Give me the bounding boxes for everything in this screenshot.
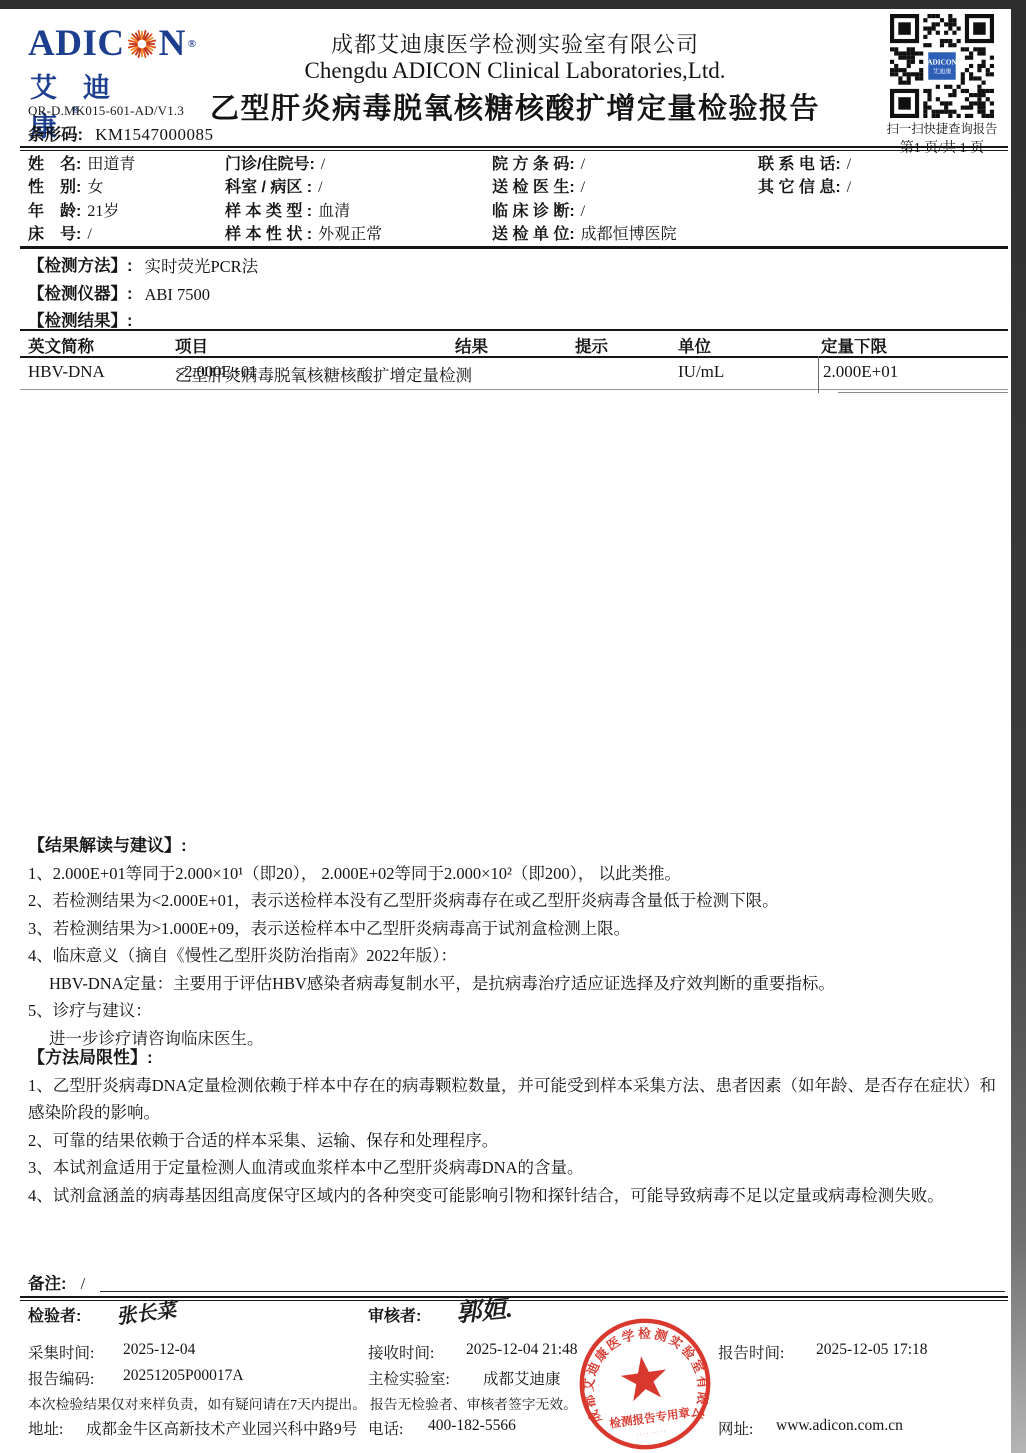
cell-unit: IU/mL — [678, 362, 724, 382]
divider-double-top — [20, 146, 1008, 151]
address-value: 成都金牛区高新技术产业园兴科中路9号 — [86, 1417, 357, 1439]
divider-table-top — [20, 329, 1008, 331]
field-bed: 床 号:/ — [28, 223, 224, 246]
limitations-line: 3、本试剂盒适用于定量检测人血清或血浆样本中乙型肝炎病毒DNA的含量。 — [28, 1154, 1006, 1182]
scan-top-edge — [0, 0, 1026, 9]
patient-col-1: 姓 名:田道青 性 别:女 年 龄:21岁 床 号:/ — [28, 153, 224, 246]
limitations-title: 【方法局限性】: — [28, 1044, 1006, 1072]
main-lab-label: 主检实验室: — [368, 1367, 450, 1389]
interpretation-line: 4、临床意义（摘自《慢性乙型肝炎防治指南》2022年版）： — [28, 942, 996, 970]
field-sample-type: 样 本 类 型 :血清 — [225, 200, 491, 223]
report-code-value: 20251205P00017A — [123, 1367, 244, 1385]
col-header-limit: 定量下限 — [821, 333, 887, 357]
col-header-result: 结果 — [455, 333, 488, 357]
interpretation-line: HBV-DNA定量：主要用于评估HBV感染者病毒复制水平，是抗病毒治疗适应证选择… — [28, 970, 996, 998]
field-label: 临 床 诊 断: — [492, 200, 575, 223]
divider-table-header — [20, 356, 1008, 358]
logo-text-left: ADIC — [28, 26, 125, 62]
disclaimer-right: 报告无检验者、审核者签字无效。 — [370, 1393, 577, 1413]
barcode-label: 条形码: — [28, 126, 83, 144]
field-name: 姓 名:田道青 — [28, 153, 224, 176]
receive-time-label: 接收时间: — [368, 1341, 434, 1363]
lab-report-page: ADIC N ® 艾迪康 ® QR-D.MK015-601-AD/V1.3 成都… — [0, 0, 1026, 1453]
col-header-item: 项目 — [175, 333, 208, 357]
cell-result: <2.000E+01 — [175, 362, 257, 382]
field-label: 样 本 类 型 : — [225, 200, 312, 223]
phone-label: 电话: — [368, 1417, 403, 1439]
report-code-label: 报告编码: — [28, 1367, 94, 1389]
field-label: 送 检 单 位: — [492, 223, 575, 246]
interpretation-line: 3、若检测结果为>1.000E+09，表示送检样本中乙型肝炎病毒高于试剂盒检测上… — [28, 915, 996, 943]
field-value: 血清 — [318, 200, 350, 223]
result-section-label: 【检测结果】: — [28, 308, 133, 336]
field-label: 门诊/住院号: — [225, 153, 315, 176]
field-value: / — [581, 153, 585, 176]
limitations-line: 2、可靠的结果依赖于合适的样本采集、运输、保存和处理程序。 — [28, 1127, 1006, 1155]
qr-code: ADICON 艾迪康 — [890, 14, 994, 118]
receive-time-value: 2025-12-04 21:48 — [466, 1341, 578, 1359]
field-label: 姓 名: — [28, 153, 81, 176]
field-label: 院 方 条 码: — [492, 153, 575, 176]
field-clinical-diagnosis: 临 床 诊 断:/ — [492, 200, 758, 223]
field-value: / — [318, 176, 322, 199]
field-contact-phone: 联 系 电 话:/ — [758, 153, 998, 176]
interpretation-line: 2、若检测结果为<2.000E+01，表示送检样本没有乙型肝炎病毒存在或乙型肝炎… — [28, 887, 996, 915]
scan-right-edge — [1011, 0, 1026, 1453]
field-label: 年 龄: — [28, 200, 81, 223]
method-section: 【检测方法】:实时荧光PCR法 【检测仪器】:ABI 7500 【检测结果】: — [28, 253, 258, 336]
reviewer-signature: 郭姮. — [455, 1289, 514, 1330]
limit-cell-underline — [838, 392, 1008, 393]
field-value: 女 — [87, 176, 103, 199]
examiner-label: 检验者: — [28, 1303, 81, 1326]
seal-serial-text: ········· — [636, 1429, 668, 1439]
main-lab-value: 成都艾迪康 — [483, 1367, 561, 1389]
qr-logo-cn-text: 艾迪康 — [933, 67, 952, 75]
result-section-row: 【检测结果】: — [28, 308, 258, 336]
limitations-line: 1、乙型肝炎病毒DNA定量检测依赖于样本中存在的病毒颗粒数量，并可能受到样本采集… — [28, 1072, 1006, 1127]
field-label: 联 系 电 话: — [758, 153, 841, 176]
phone-value: 400-182-5566 — [428, 1417, 516, 1435]
instrument-value: ABI 7500 — [145, 281, 211, 309]
remark-underline — [100, 1291, 1005, 1292]
field-label: 送 检 医 生: — [492, 176, 575, 199]
field-value: / — [847, 176, 851, 199]
field-other-info: 其 它 信 息:/ — [758, 176, 998, 199]
examiner-signature: 张长菜 — [114, 1293, 177, 1329]
instrument-label: 【检测仪器】: — [28, 281, 133, 309]
collect-time-value: 2025-12-04 — [123, 1341, 195, 1359]
field-label: 样 本 性 状 : — [225, 223, 312, 246]
qr-caption: 扫一扫快捷查询报告 — [886, 119, 998, 137]
field-submitting-doctor: 送 检 医 生:/ — [492, 176, 758, 199]
field-submitting-unit: 送 检 单 位:成都恒博医院 — [492, 223, 758, 246]
qr-logo-text: ADICON — [927, 58, 957, 66]
report-time-value: 2025-12-05 17:18 — [816, 1341, 928, 1359]
field-department: 科室 / 病区 :/ — [225, 176, 491, 199]
field-label: 其 它 信 息: — [758, 176, 841, 199]
col-header-unit: 单位 — [678, 333, 711, 357]
seal-star-icon — [619, 1353, 670, 1402]
method-value: 实时荧光PCR法 — [145, 253, 259, 281]
field-sample-condition: 样 本 性 状 :外观正常 — [225, 223, 491, 246]
interpretation-line: 1、2.000E+01等同于2.000×10¹（即20）， 2.000E+02等… — [28, 860, 996, 888]
results-table-header: 英文简称 项目 结果 提示 单位 定量下限 — [28, 333, 1013, 357]
field-value: / — [581, 200, 585, 223]
cell-limit: 2.000E+01 — [823, 362, 898, 382]
field-label: 性 别: — [28, 176, 81, 199]
report-time-label: 报告时间: — [718, 1341, 784, 1363]
company-name-cn: 成都艾迪康医学检测实验室有限公司 — [150, 28, 880, 59]
website-label: 网址: — [718, 1417, 753, 1439]
field-age: 年 龄:21岁 — [28, 200, 224, 223]
col-header-abbr: 英文简称 — [28, 333, 94, 357]
divider-table-row — [20, 389, 1008, 390]
instrument-row: 【检测仪器】:ABI 7500 — [28, 281, 258, 309]
cell-abbr: HBV-DNA — [28, 362, 105, 382]
signature-row: 检验者: 张长菜 审核者: 郭姮. — [28, 1303, 1013, 1337]
method-row: 【检测方法】:实时荧光PCR法 — [28, 253, 258, 281]
barcode-row: 条形码: KM1547000085 — [28, 121, 214, 145]
disclaimer-left: 本次检验结果仅对来样负责，如有疑问请在7天内提出。 — [28, 1393, 366, 1413]
report-title: 乙型肝炎病毒脱氧核糖核酸扩增定量检验报告 — [150, 86, 880, 127]
field-value: 田道青 — [87, 153, 135, 176]
company-name-en: Chengdu ADICON Clinical Laboratories,Ltd… — [150, 58, 880, 84]
website-value: www.adicon.com.cn — [776, 1417, 903, 1435]
address-label: 地址: — [28, 1417, 63, 1439]
collect-time-label: 采集时间: — [28, 1341, 94, 1363]
field-value: 成都恒博医院 — [581, 223, 677, 246]
field-label: 科室 / 病区 : — [225, 176, 312, 199]
barcode-value: KM1547000085 — [95, 125, 213, 144]
col-header-hint: 提示 — [575, 333, 608, 357]
field-value: / — [87, 223, 91, 246]
patient-col-2: 门诊/住院号:/ 科室 / 病区 :/ 样 本 类 型 :血清 样 本 性 状 … — [225, 153, 491, 246]
field-value: 外观正常 — [318, 223, 382, 246]
field-value: / — [847, 153, 851, 176]
qr-block: ADICON 艾迪康 扫一扫快捷查询报告 第1 页/共 1 页 — [886, 14, 998, 157]
divider-patient-bottom — [20, 246, 1008, 249]
field-outpatient-no: 门诊/住院号:/ — [225, 153, 491, 176]
remark-row: 备注: / — [28, 1270, 85, 1294]
patient-col-4: 联 系 电 话:/ 其 它 信 息:/ — [758, 153, 998, 200]
method-label: 【检测方法】: — [28, 253, 133, 281]
limitations-line: 4、试剂盒涵盖的病毒基因组高度保守区域内的各种突变可能影响引物和探针结合，可能导… — [28, 1182, 1006, 1210]
field-value: 21岁 — [87, 200, 119, 223]
remark-value: / — [81, 1274, 86, 1293]
field-value: / — [581, 176, 585, 199]
field-value: / — [321, 153, 325, 176]
limit-cell-border — [818, 356, 819, 393]
field-hospital-barcode: 院 方 条 码:/ — [492, 153, 758, 176]
field-label: 床 号: — [28, 223, 81, 246]
official-seal: 成都艾迪康医学检测实验室有限公司 检测报告专用章 ········· — [568, 1307, 722, 1453]
interpretation-section: 【结果解读与建议】: 1、2.000E+01等同于2.000×10¹（即20），… — [28, 832, 996, 1052]
reviewer-label: 审核者: — [368, 1303, 421, 1326]
remark-label: 备注: — [28, 1275, 67, 1293]
field-sex: 性 别:女 — [28, 176, 224, 199]
limitations-section: 【方法局限性】: 1、乙型肝炎病毒DNA定量检测依赖于样本中存在的病毒颗粒数量，… — [28, 1044, 1006, 1209]
patient-col-3: 院 方 条 码:/ 送 检 医 生:/ 临 床 诊 断:/ 送 检 单 位:成都… — [492, 153, 758, 246]
interpretation-line: 5、诊疗与建议： — [28, 997, 996, 1025]
table-row: HBV-DNA 乙型肝炎病毒脱氧核糖核酸扩增定量检测<2.000E+01 IU/… — [28, 362, 1013, 386]
interpretation-title: 【结果解读与建议】: — [28, 832, 996, 860]
seal-banner-text: 检测报告专用章 — [609, 1405, 692, 1430]
